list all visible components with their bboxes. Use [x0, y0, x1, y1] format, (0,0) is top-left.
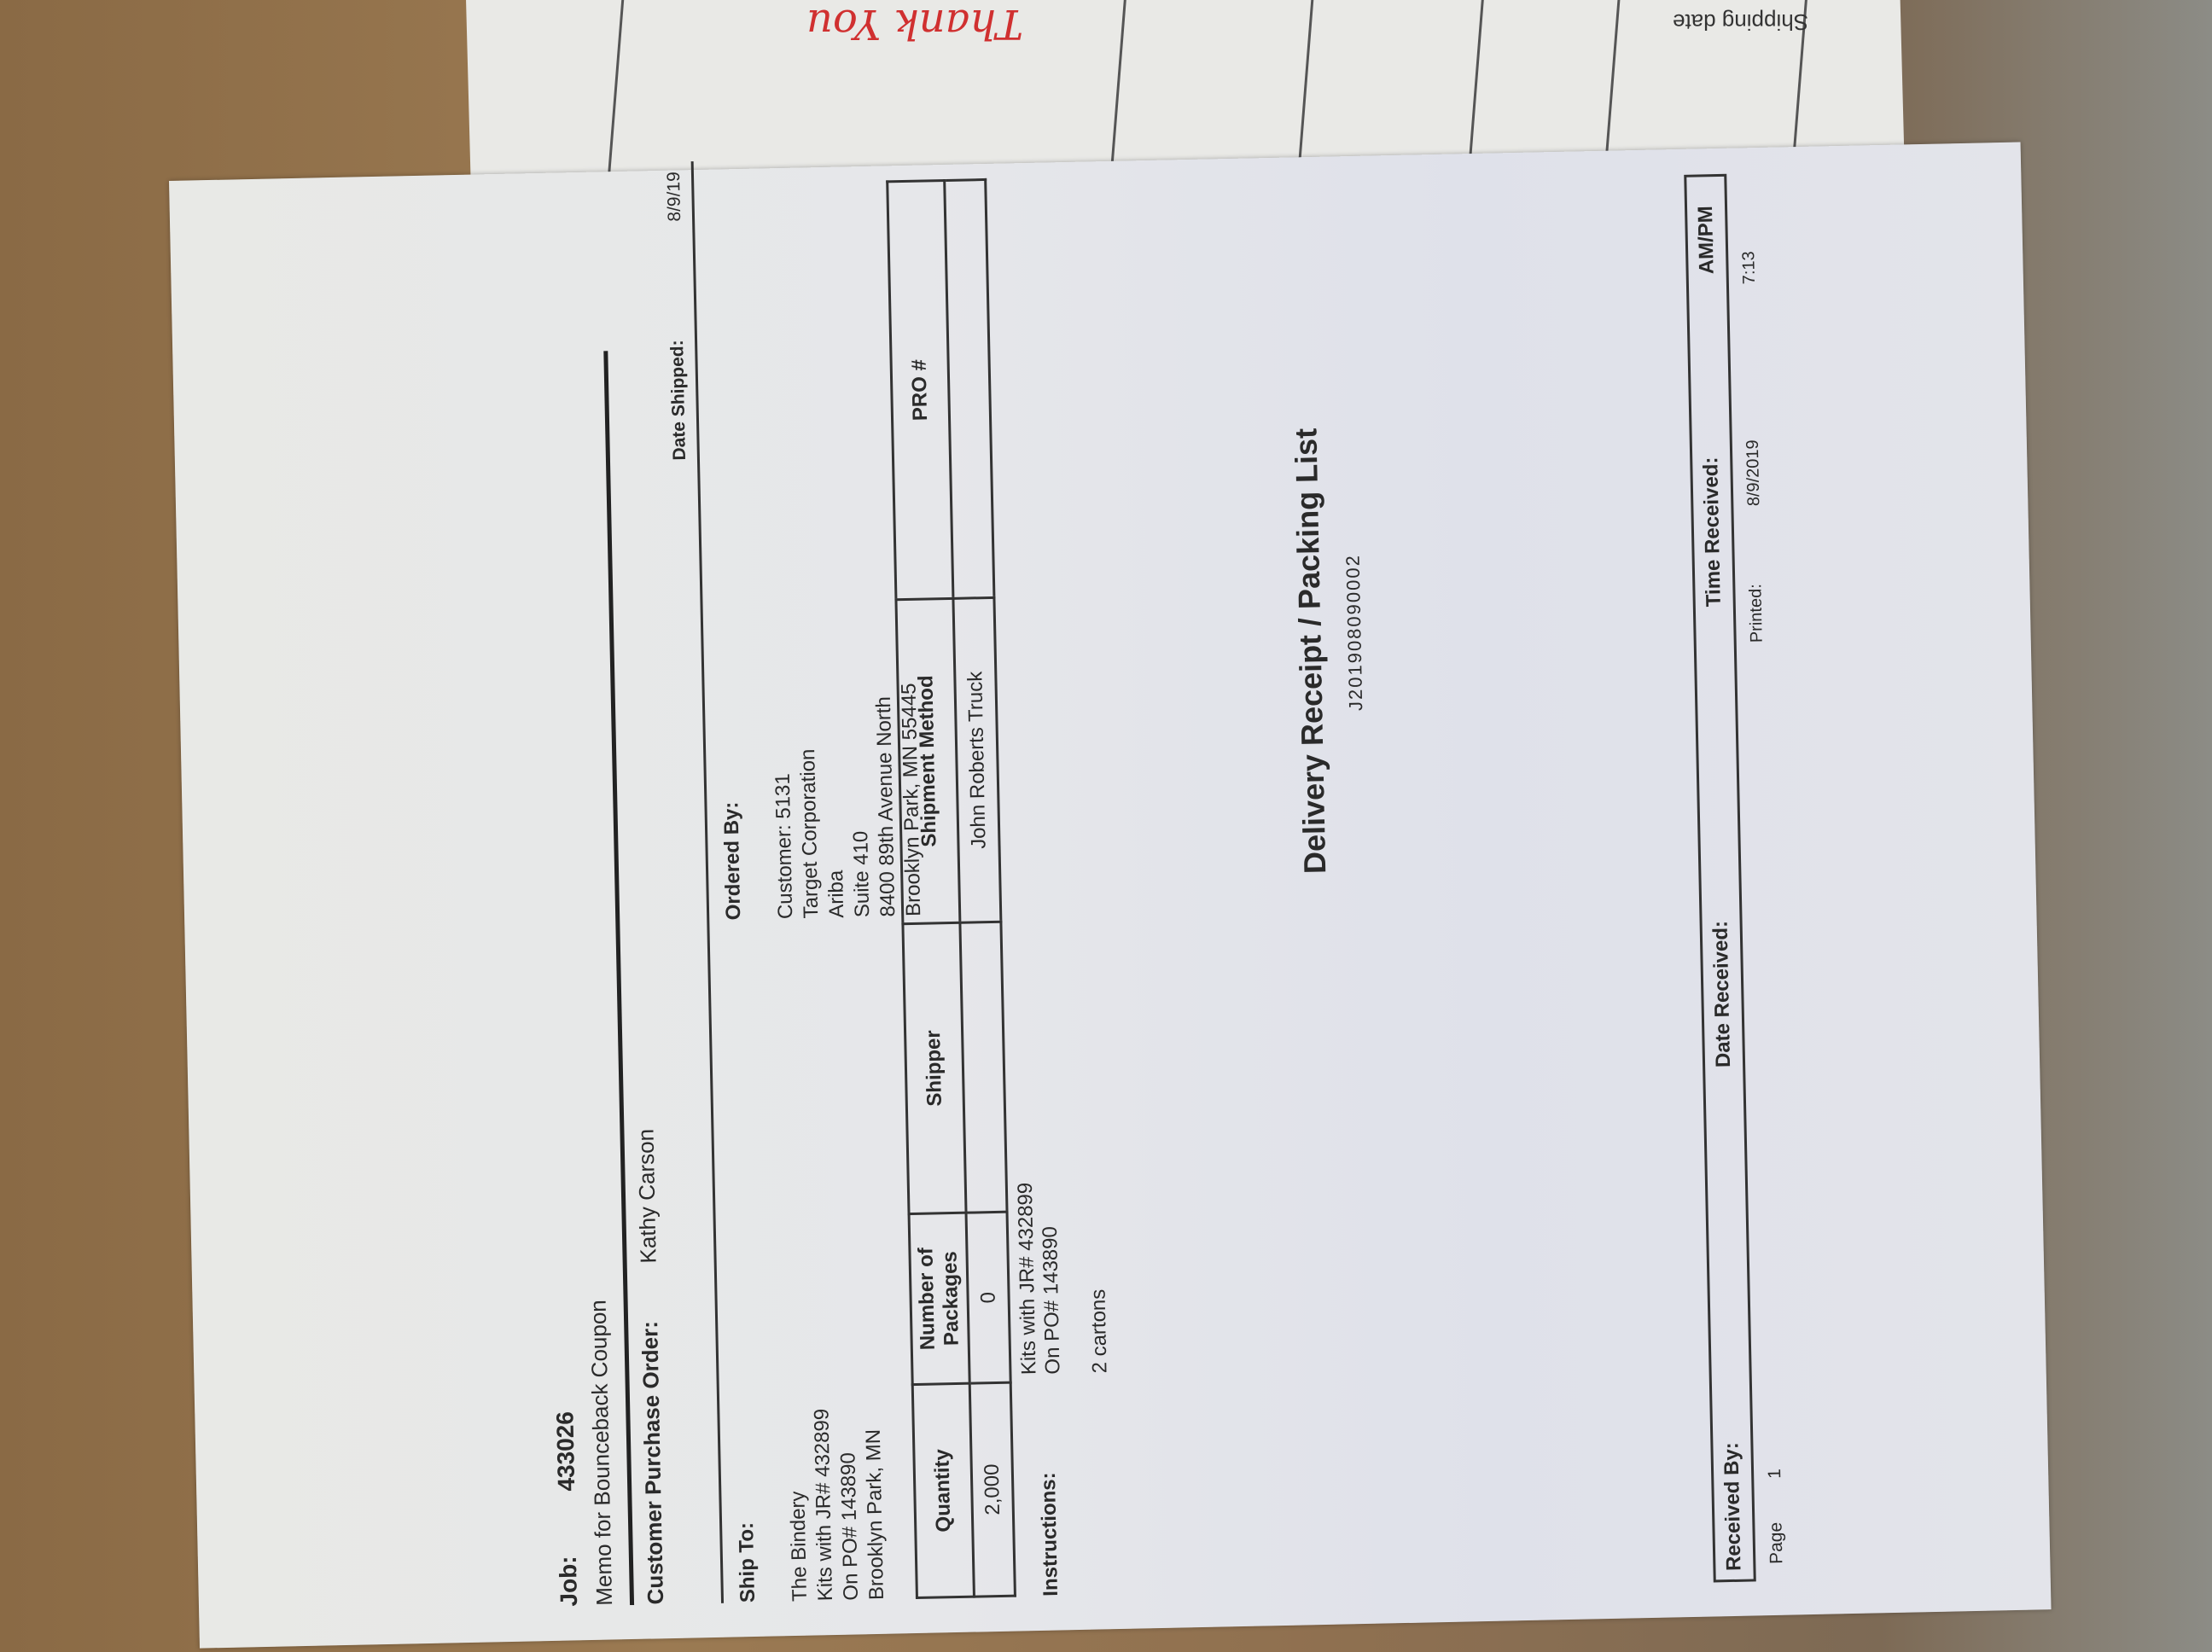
printed-label: Printed:	[1746, 584, 1767, 643]
document-title: Delivery Receipt / Packing List	[1288, 428, 1333, 875]
col-pro-number: PRO #	[888, 180, 953, 599]
packing-list-sheet: Delivery Receipt / Packing List J2019080…	[169, 143, 2052, 1649]
address-line: Brooklyn Park, MN	[860, 1407, 890, 1600]
customer-po-label: Customer Purchase Order:	[637, 1321, 669, 1605]
instructions-label: Instructions:	[1037, 1472, 1063, 1597]
instruction-line: Kits with JR# 432899	[1014, 1182, 1042, 1375]
ship-to-address: The Bindery Kits with JR# 432899 On PO# …	[783, 1407, 890, 1602]
cell-quantity: 2,000	[969, 1382, 1015, 1597]
job-number: 433026	[551, 1411, 580, 1492]
printed-date: 8/9/2019	[1743, 439, 1765, 506]
col-packages: Number of Packages	[909, 1213, 969, 1384]
under-sheet-label: Shipping date	[1673, 9, 1808, 35]
printed-time: 7:13	[1739, 251, 1760, 284]
date-received-label: Date Received:	[1709, 921, 1737, 1068]
instruction-line: On PO# 143890	[1038, 1182, 1066, 1375]
cell-packages: 0	[966, 1212, 1010, 1383]
receipt-number: J201908090002	[1342, 554, 1367, 711]
time-received-label: Time Received:	[1699, 457, 1726, 607]
job-label: Job:	[555, 1556, 583, 1607]
cell-shipper	[960, 922, 1007, 1213]
job-memo: Memo for Bounceback Coupon	[585, 1300, 618, 1606]
col-shipment-method: Shipment Method	[896, 598, 960, 923]
instructions-cartons: 2 cartons	[1086, 1288, 1112, 1373]
address-line: Kits with JR# 432899	[809, 1409, 839, 1602]
ship-to-label: Ship To:	[735, 1522, 760, 1603]
col-shipper: Shipper	[903, 922, 966, 1213]
document-content: Delivery Receipt / Packing List J2019080…	[169, 143, 2052, 1649]
shipment-table: Quantity Number of Packages Shipper Ship…	[886, 178, 1016, 1599]
instructions-text: Kits with JR# 432899 On PO# 143890	[1014, 1182, 1066, 1376]
col-quantity: Quantity	[912, 1383, 974, 1597]
cell-pro-number	[945, 179, 994, 598]
ampm-label: AM/PM	[1694, 206, 1720, 275]
address-line: On PO# 143890	[835, 1408, 864, 1601]
ordered-by-label: Ordered By:	[719, 801, 746, 920]
customer-po-value: Kathy Carson	[632, 1129, 661, 1264]
date-shipped-label: Date Shipped:	[667, 340, 690, 461]
cell-shipment-method: John Roberts Truck	[953, 597, 1001, 922]
received-by-label: Received By:	[1720, 1442, 1746, 1571]
date-shipped-value: 8/9/19	[664, 172, 685, 222]
receipt-signature-box: Received By: Date Received: Time Receive…	[1684, 174, 1756, 1583]
page-label: Page	[1766, 1522, 1787, 1565]
divider	[691, 161, 724, 1603]
address-line: The Bindery	[783, 1409, 813, 1602]
handwritten-note: Thank You	[806, 0, 1023, 48]
page-number: 1	[1765, 1469, 1785, 1479]
